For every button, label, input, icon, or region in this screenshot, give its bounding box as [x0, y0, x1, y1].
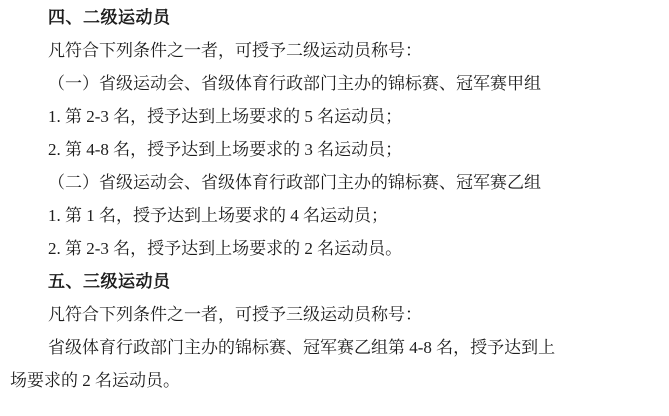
paragraph-level3-intro: 凡符合下列条件之一者，可授予三级运动员称号： [10, 298, 663, 331]
paragraph-level2-condition-1-item-1: 1. 第 2-3 名，授予达到上场要求的 5 名运动员； [10, 100, 663, 133]
paragraph-level3-condition: 省级体育行政部门主办的锦标赛、冠军赛乙组第 4-8 名，授予达到上 场要求的 2… [10, 331, 663, 397]
paragraph-level2-condition-2-item-2: 2. 第 2-3 名，授予达到上场要求的 2 名运动员。 [10, 232, 663, 265]
paragraph-level2-condition-1: （一）省级运动会、省级体育行政部门主办的锦标赛、冠军赛甲组 [10, 67, 663, 100]
section-heading-level3-athlete: 五、三级运动员 [10, 265, 663, 298]
paragraph-level2-condition-1-item-2: 2. 第 4-8 名，授予达到上场要求的 3 名运动员； [10, 133, 663, 166]
paragraph-level2-intro: 凡符合下列条件之一者，可授予二级运动员称号： [10, 34, 663, 67]
document-page: 四、二级运动员 凡符合下列条件之一者，可授予二级运动员称号： （一）省级运动会、… [0, 0, 669, 416]
paragraph-level2-condition-2: （二）省级运动会、省级体育行政部门主办的锦标赛、冠军赛乙组 [10, 166, 663, 199]
section-heading-level2-athlete: 四、二级运动员 [10, 1, 663, 34]
paragraph-level2-condition-2-item-1: 1. 第 1 名，授予达到上场要求的 4 名运动员； [10, 199, 663, 232]
